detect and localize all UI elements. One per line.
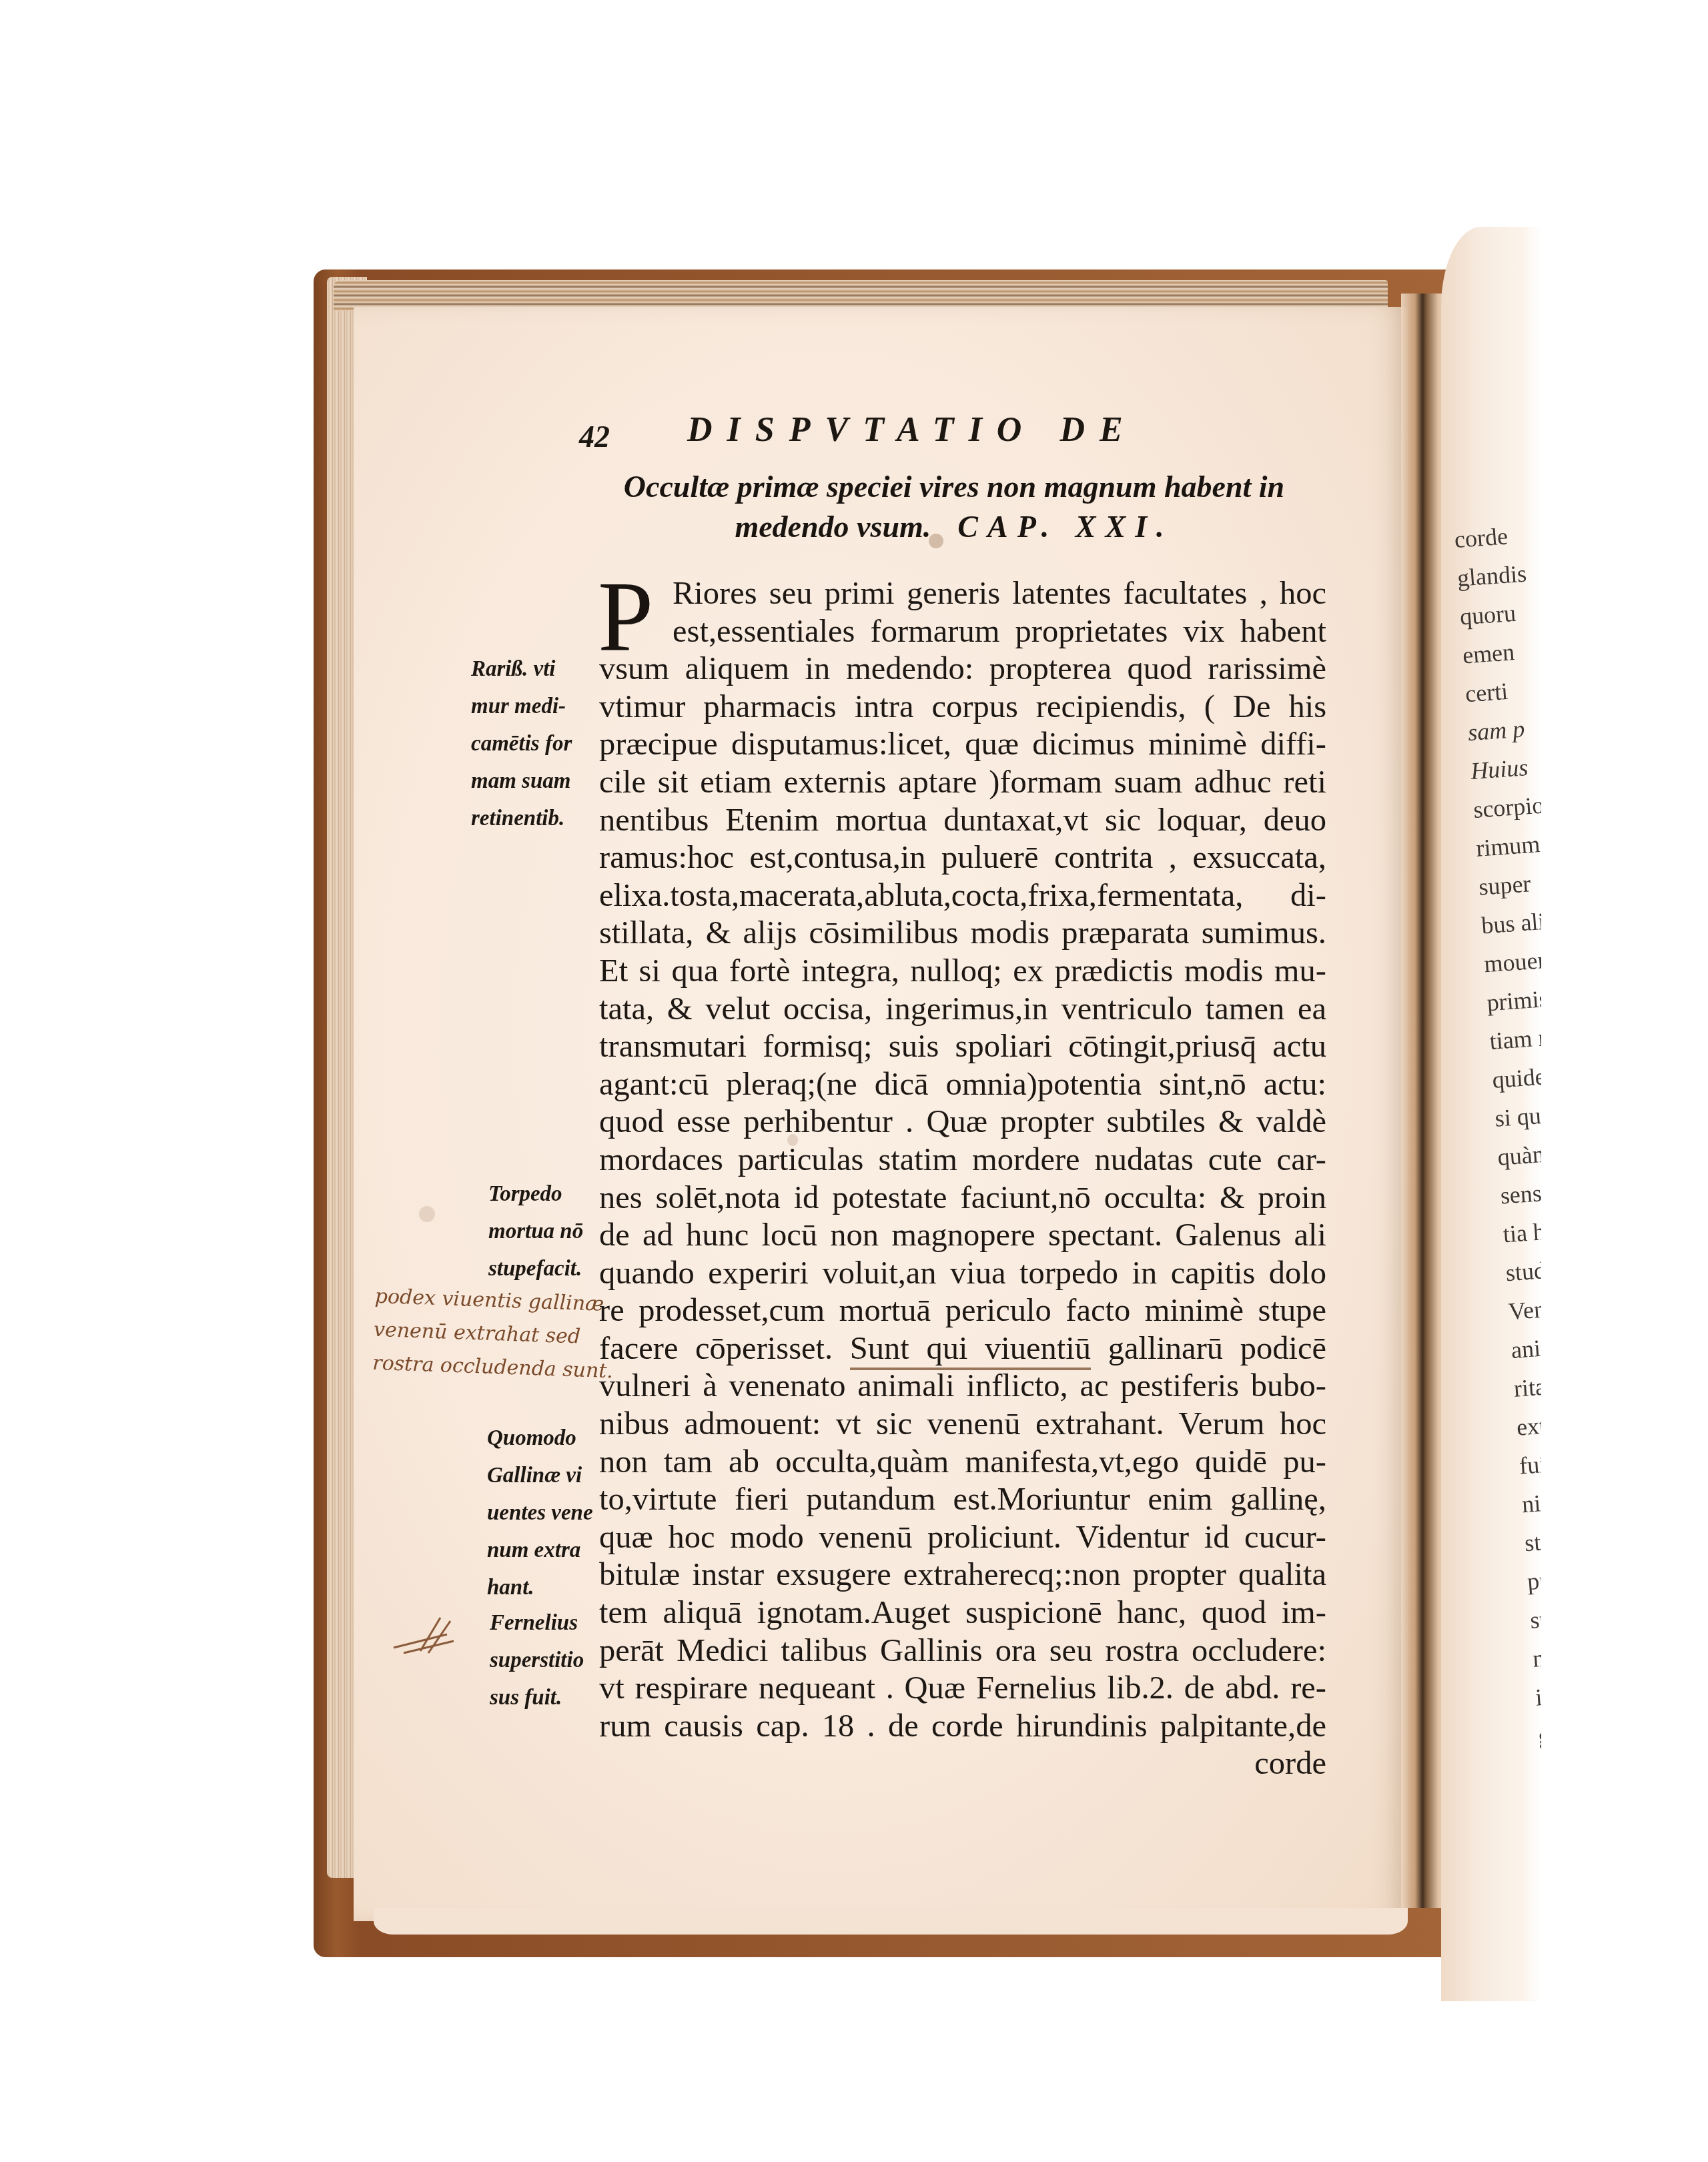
body-line: elixa.tosta,macerata,abluta,cocta,frixa,… bbox=[599, 877, 1326, 915]
chapter-title: Occultæ primæ speciei vires non magnum h… bbox=[600, 467, 1308, 547]
ink-underline: Sunt qui viuentiū bbox=[850, 1331, 1091, 1370]
body-line: to,virtute fieri putandum est.Moriuntur … bbox=[599, 1481, 1326, 1519]
margin-note-line: mur medi- bbox=[471, 688, 572, 725]
margin-note-line: Torpedo bbox=[488, 1175, 583, 1213]
body-line: transmutari formisq; suis spoliari cōtin… bbox=[599, 1028, 1326, 1066]
margin-note-line: uentes vene bbox=[487, 1494, 593, 1532]
margin-note-rarissime: Rariß. vtimur medi-camētis formam suamre… bbox=[471, 650, 572, 837]
body-line: bitulæ instar exsugere extraherecq;:non … bbox=[599, 1556, 1326, 1594]
body-line: vulneri à venenato animali inflicto, ac … bbox=[599, 1368, 1326, 1406]
body-line: cile sit etiam externis aptare )formam s… bbox=[599, 764, 1326, 802]
body-line: nentibus Etenim mortua duntaxat,vt sic l… bbox=[599, 802, 1326, 840]
body-line: est,essentiales formarum proprietates vi… bbox=[599, 613, 1326, 651]
margin-note-torpedo: Torpedomortua nōstupefacit. bbox=[488, 1175, 583, 1287]
body-line: de ad hunc locū non magnopere spectant. … bbox=[599, 1217, 1326, 1255]
handwritten-annotation: podex viuentis gallinævenenū extrahat se… bbox=[372, 1280, 616, 1388]
running-head: DISPVTATIO DE bbox=[687, 410, 1138, 450]
body-line: tata, & velut occisa, ingerimus,in ventr… bbox=[599, 991, 1326, 1029]
margin-note-fernelius: Ferneliussuperstitiosus fuit. bbox=[490, 1604, 584, 1716]
body-line: Riores seu primi generis latentes facult… bbox=[599, 575, 1326, 613]
margin-note-line: Quomodo bbox=[487, 1420, 593, 1457]
body-line: facere cōperisset. Sunt qui viuentiū gal… bbox=[599, 1330, 1326, 1368]
body-line: vsum aliquem in medendo: propterea quod … bbox=[599, 650, 1326, 688]
foxing-spot bbox=[419, 1206, 435, 1222]
chapter-label: CAP. XXI. bbox=[957, 510, 1173, 544]
body-line: rum causis cap. 18 . de corde hirundinis… bbox=[599, 1708, 1326, 1746]
margin-note-line: mam suam bbox=[471, 762, 572, 800]
body-line: quod esse perhibentur . Quæ propter subt… bbox=[599, 1103, 1326, 1141]
body-line: vt respirare nequeant . Quæ Fernelius li… bbox=[599, 1670, 1326, 1708]
body-line: nes solēt,nota id potestate faciunt,nō o… bbox=[599, 1179, 1326, 1217]
margin-note-line: superstitio bbox=[490, 1642, 584, 1679]
body-line: agant:cū pleraq;(ne dicā omnia)potentia … bbox=[599, 1066, 1326, 1104]
margin-note-line: mortua nō bbox=[488, 1213, 583, 1250]
body-line: vtimur pharmacis intra corpus recipiendi… bbox=[599, 688, 1326, 726]
margin-note-line: Fernelius bbox=[490, 1604, 584, 1642]
facing-page: cordeglandisquoruemencertisam pHuiusscor… bbox=[1441, 227, 1541, 2001]
body-line: mordaces particulas statim mordere nudat… bbox=[599, 1141, 1326, 1179]
body-text: Riores seu primi generis latentes facult… bbox=[599, 575, 1326, 1783]
body-line: quando experiri voluit,an viua torpedo i… bbox=[599, 1255, 1326, 1293]
margin-note-line: stupefacit. bbox=[488, 1250, 583, 1287]
margin-note-line: retinentib. bbox=[471, 800, 572, 837]
body-line: re prodesset,cum mortuā periculo facto m… bbox=[599, 1292, 1326, 1330]
chapter-title-line-1: Occultæ primæ speciei vires non magnum h… bbox=[600, 467, 1308, 507]
page-number: 42 bbox=[579, 419, 610, 454]
margin-note-line: num extra bbox=[487, 1532, 593, 1569]
body-line: quæ hoc modo venenū proliciunt. Videntur… bbox=[599, 1519, 1326, 1557]
body-line: Et si qua fortè integra, nulloq; ex præd… bbox=[599, 953, 1326, 991]
body-line: stillata, & alijs cōsimilibus modis præp… bbox=[599, 915, 1326, 953]
margin-note-line: sus fuit. bbox=[490, 1679, 584, 1716]
body-line: præcipue disputamus:licet, quæ dicimus m… bbox=[599, 726, 1326, 764]
facing-page-fragment: corde bbox=[1453, 511, 1541, 559]
margin-note-line: Gallinæ vi bbox=[487, 1457, 593, 1494]
margin-note-quomodo-gallinae: QuomodoGallinæ viuentes venenum extrahan… bbox=[487, 1420, 593, 1606]
chapter-title-line-2-text: medendo vsum. bbox=[735, 510, 931, 544]
body-line: nibus admouent: vt sic venenū extrahant.… bbox=[599, 1406, 1326, 1444]
page-bottom-edge bbox=[374, 1908, 1408, 1935]
facing-page-text: cordeglandisquoruemencertisam pHuiusscor… bbox=[1453, 511, 1541, 1832]
handwritten-cross-mark bbox=[387, 1614, 460, 1654]
body-line: ramus:hoc est,contusa,in puluerē contrit… bbox=[599, 839, 1326, 877]
body-line: non tam ab occulta,quàm manifesta,vt,ego… bbox=[599, 1444, 1326, 1482]
chapter-title-line-2: medendo vsum.CAP. XXI. bbox=[600, 507, 1308, 547]
margin-note-line: camētis for bbox=[471, 725, 572, 762]
margin-note-line: hant. bbox=[487, 1569, 593, 1606]
catchword: corde bbox=[599, 1745, 1326, 1783]
body-line: perāt Medici talibus Gallinis ora seu ro… bbox=[599, 1632, 1326, 1670]
margin-note-line: Rariß. vti bbox=[471, 650, 572, 688]
body-line: tem aliquā ignotam.Auget suspicionē hanc… bbox=[599, 1594, 1326, 1632]
